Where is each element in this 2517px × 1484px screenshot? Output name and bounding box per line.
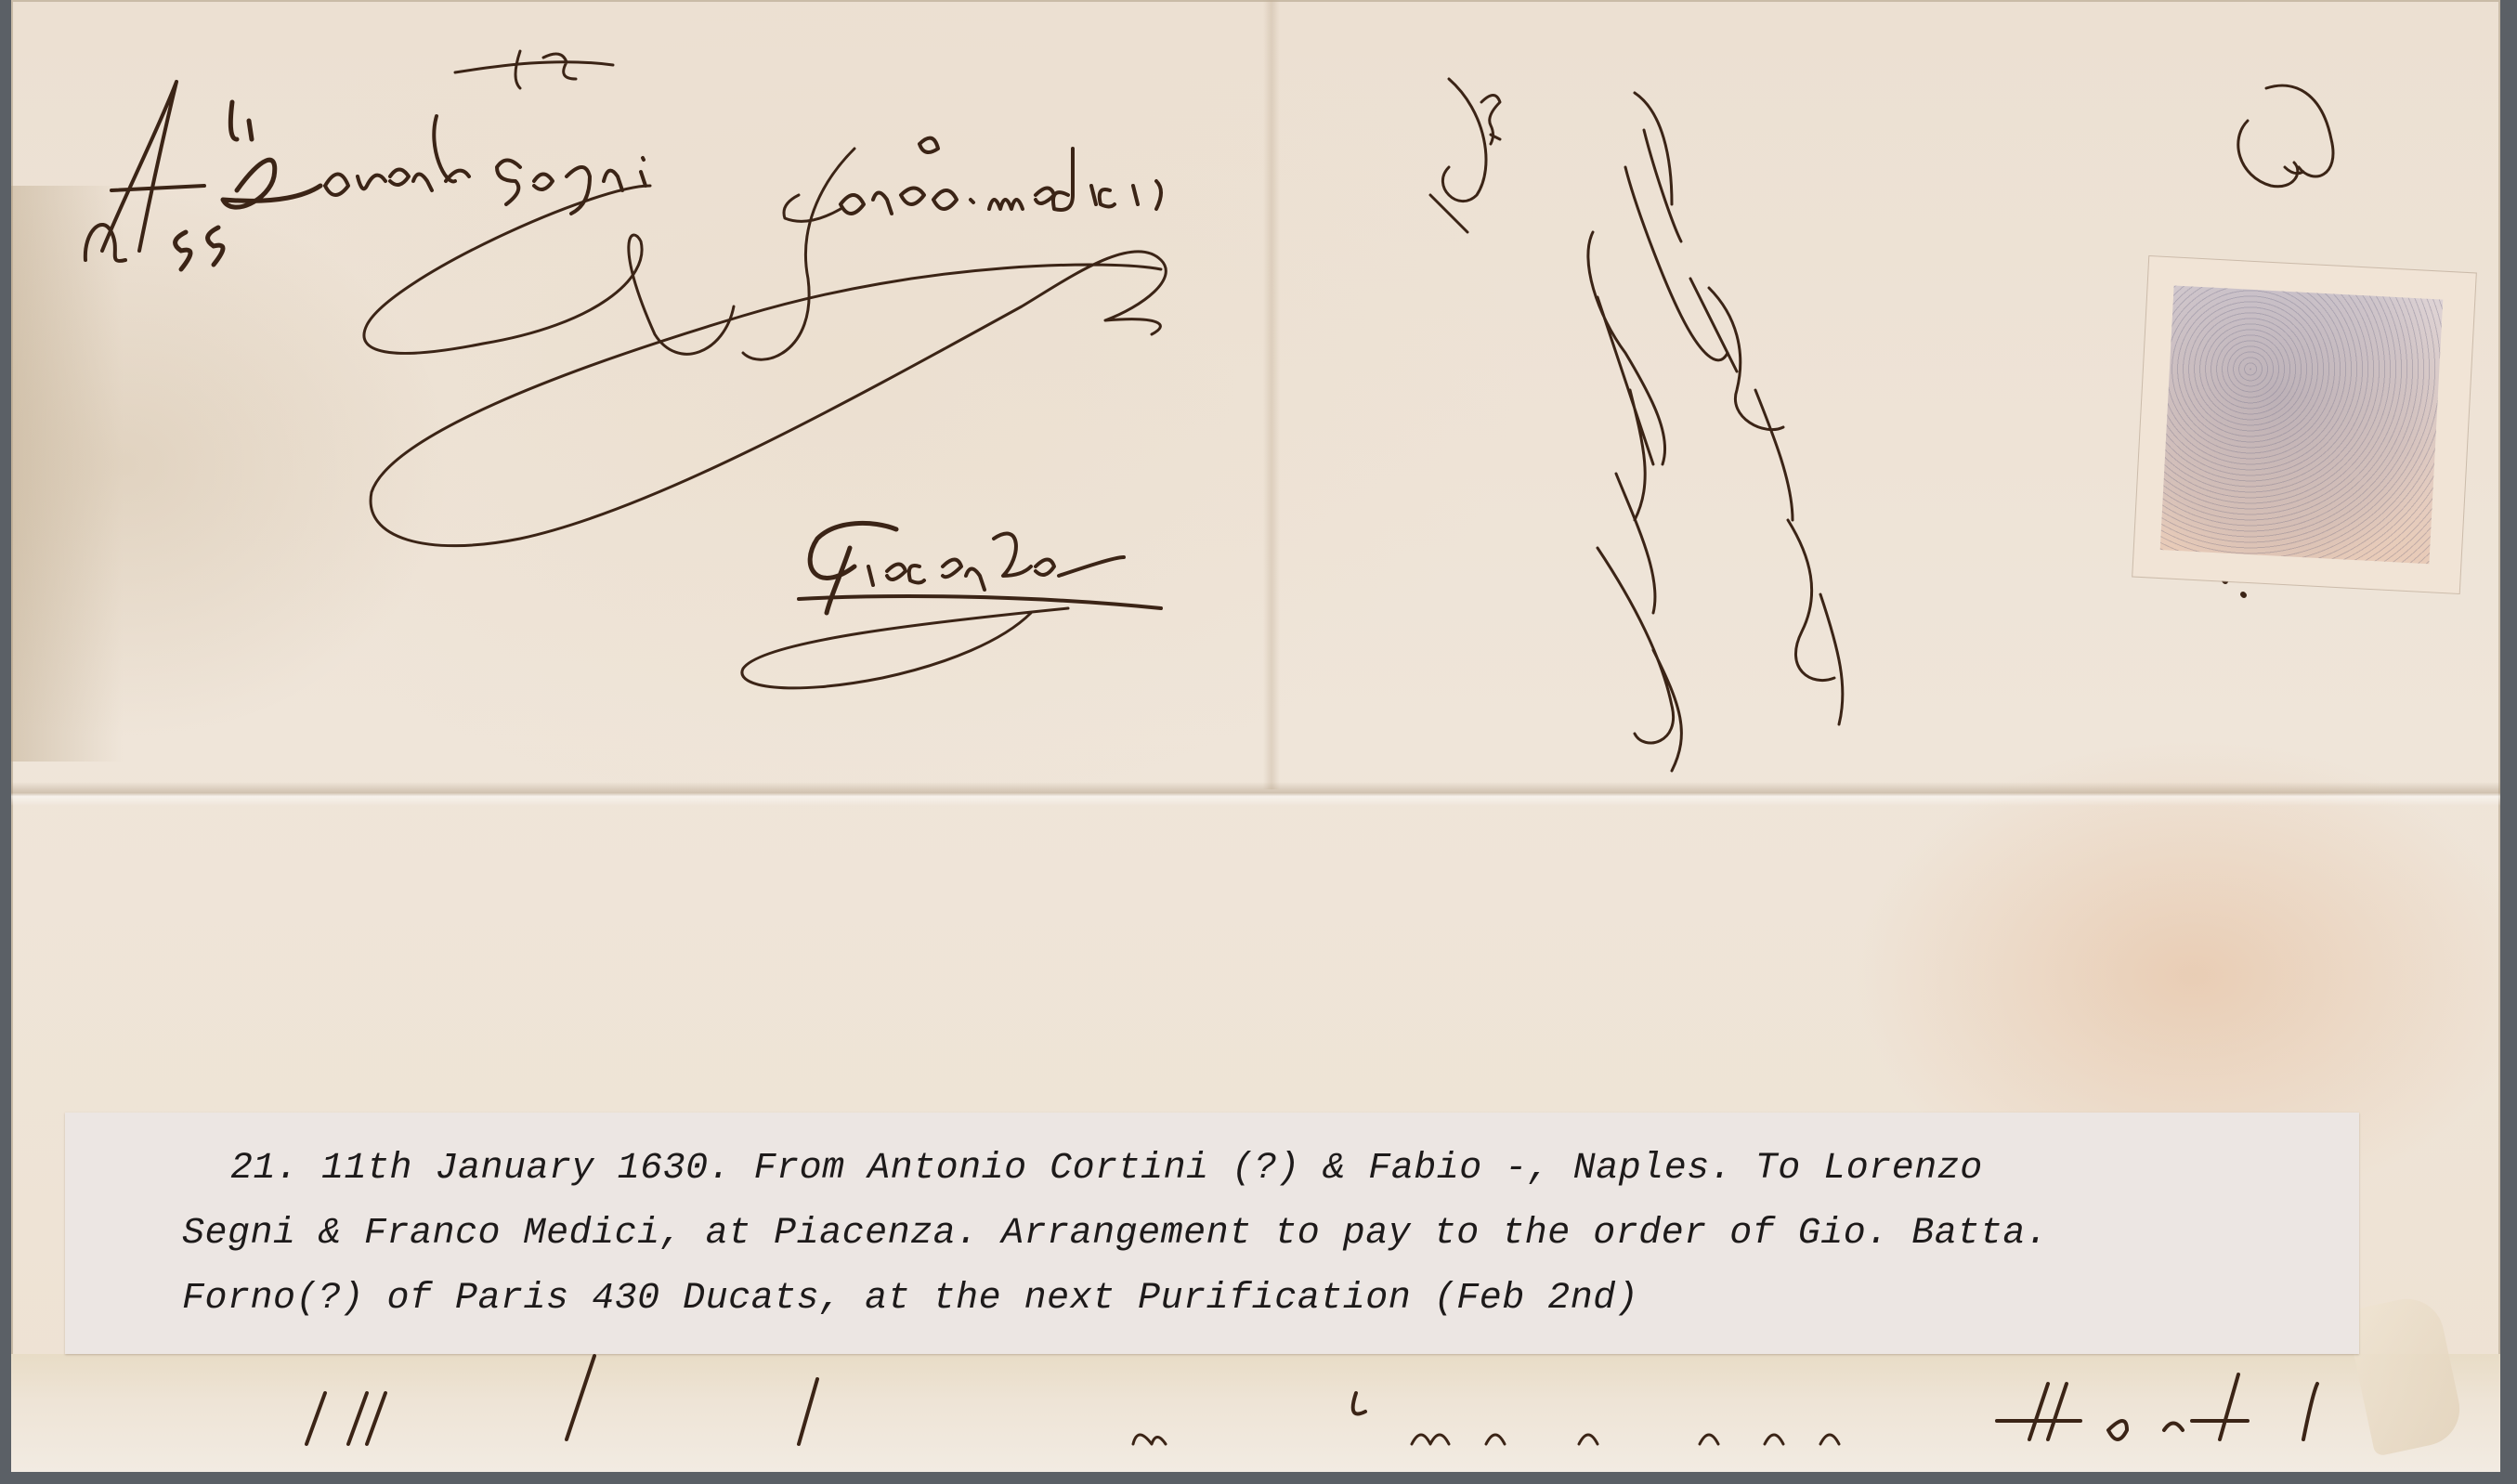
bottom-handwriting xyxy=(0,0,2517,1484)
